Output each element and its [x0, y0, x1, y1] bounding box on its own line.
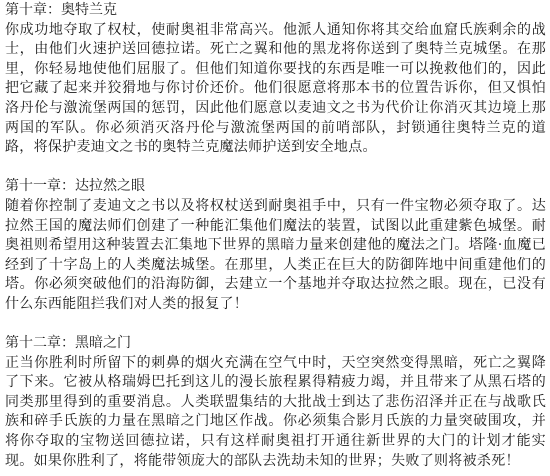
chapter-body: 你成功地夺取了权杖，使耐奥祖非常高兴。他派人通知你将其交给血窟氏族剩余的战士，由… [5, 21, 546, 158]
chapter-title: 第十一章：达拉然之眼 [5, 177, 546, 197]
chapter-body: 正当你胜利时所留下的刺鼻的烟火充满在空气中时，天空突然变得黑暗，死亡之翼降了下来… [5, 354, 546, 472]
chapter-11: 第十一章：达拉然之眼 随着你控制了麦迪文之书以及将权杖送到耐奥祖手中，只有一件宝… [5, 177, 546, 314]
document-page: 第十章：奥特兰克 你成功地夺取了权杖，使耐奥祖非常高兴。他派人通知你将其交给血窟… [0, 0, 550, 471]
chapter-body: 随着你控制了麦迪文之书以及将权杖送到耐奥祖手中，只有一件宝物必须夺取了。达拉然王… [5, 197, 546, 315]
chapter-12: 第十二章：黑暗之门 正当你胜利时所留下的刺鼻的烟火充满在空气中时，天空突然变得黑… [5, 334, 546, 471]
chapter-title: 第十章：奥特兰克 [5, 1, 546, 21]
chapter-title: 第十二章：黑暗之门 [5, 334, 546, 354]
chapter-10: 第十章：奥特兰克 你成功地夺取了权杖，使耐奥祖非常高兴。他派人通知你将其交给血窟… [5, 1, 546, 158]
